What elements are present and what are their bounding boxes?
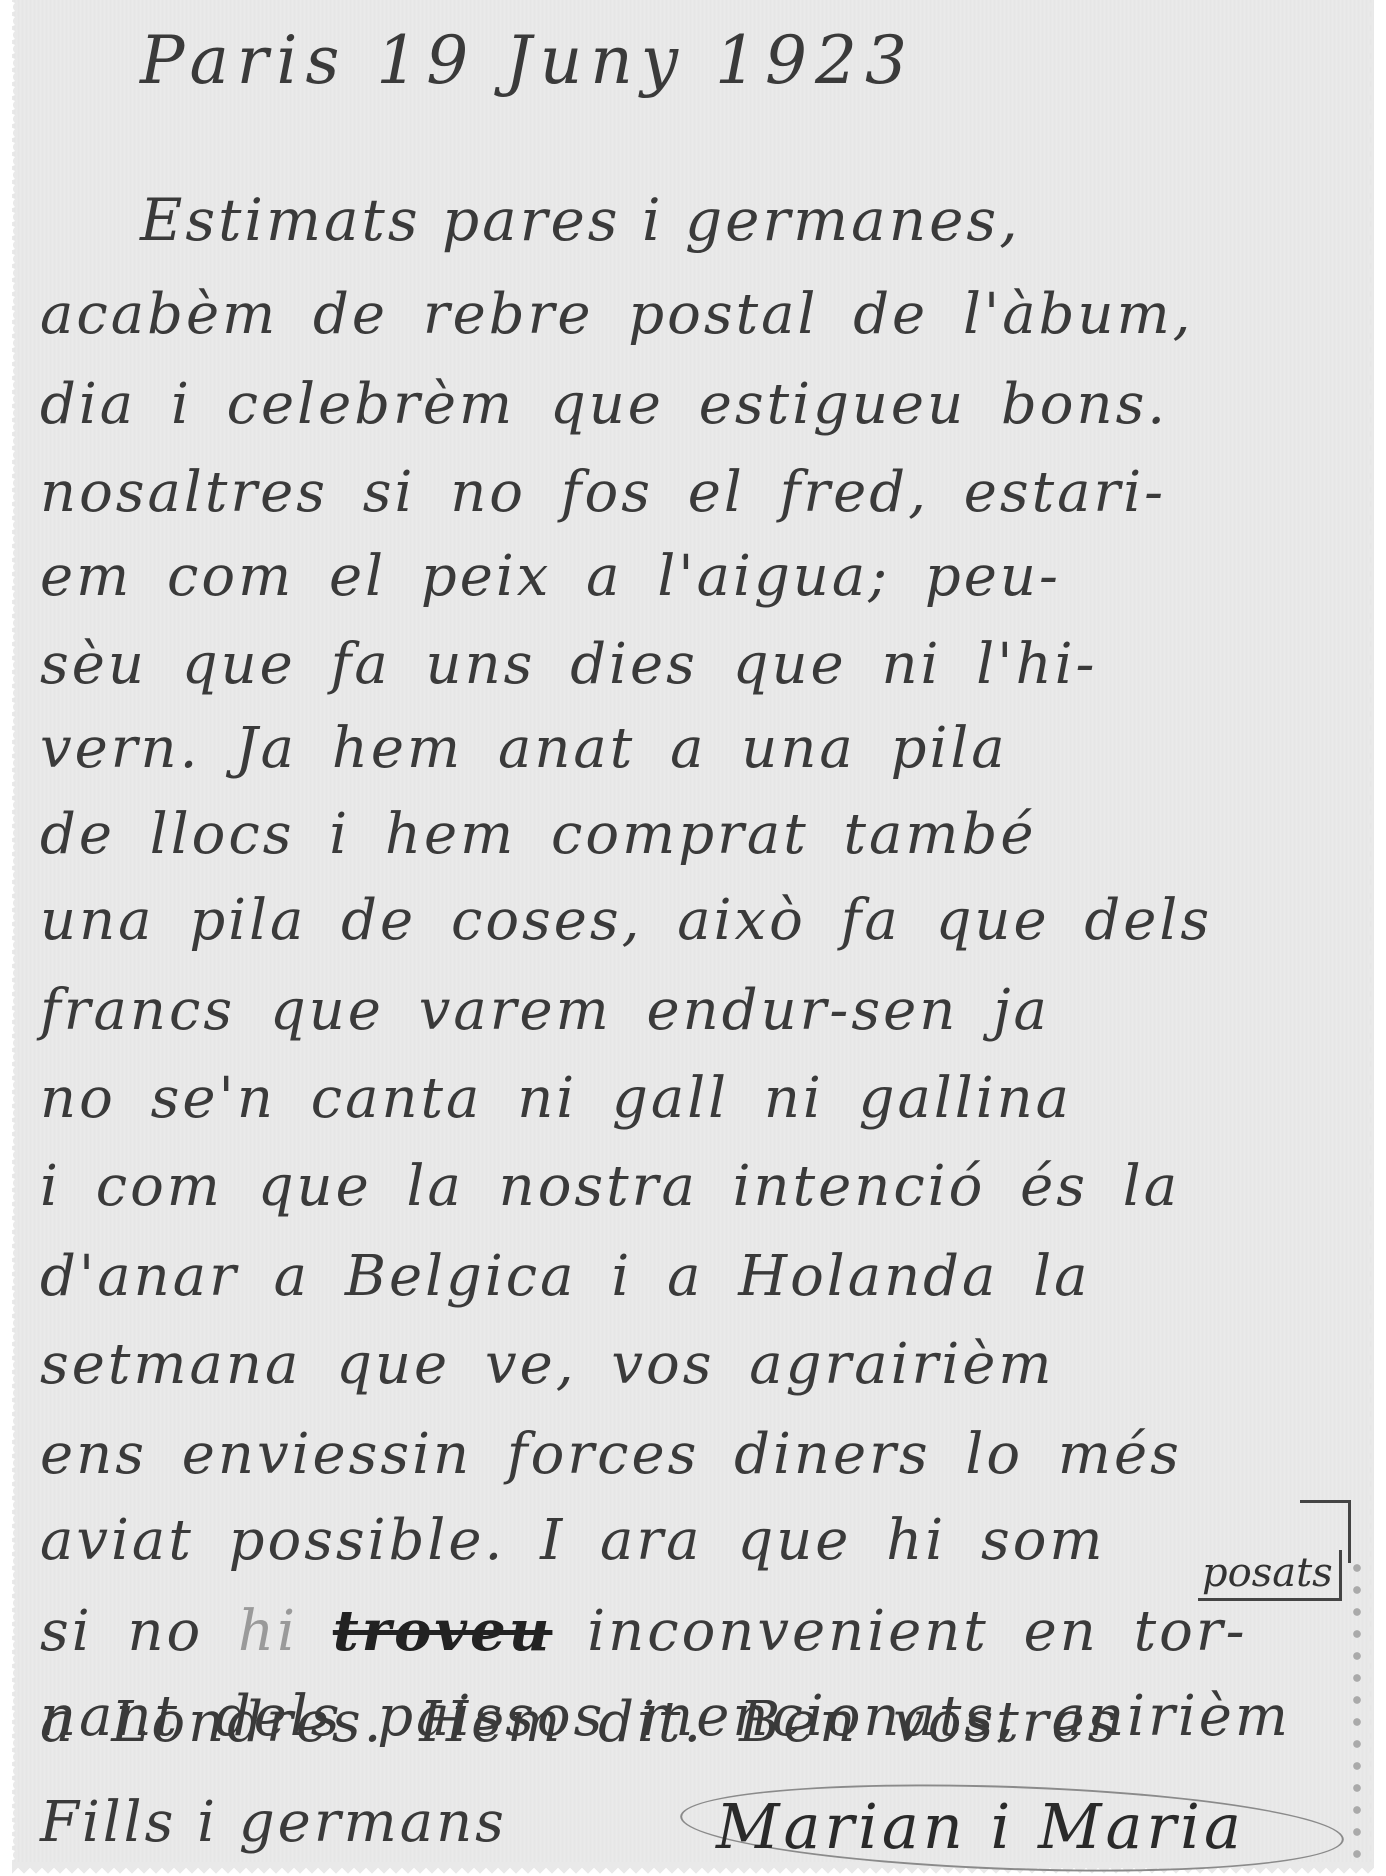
letter-line: nosaltres si no fos el fred, estari- [40,460,1166,525]
struck-word: troveu [333,1598,553,1664]
letter-line: setmana que ve, vos agrairièm [40,1332,1054,1397]
letter-line-with-correction: si no hi troveu inconvenient en tor- [40,1598,1248,1664]
letter-line: francs que varem endur-sen ja [40,978,1050,1043]
signature-block: Marian i Maria [680,1786,1356,1872]
deckle-edge-right [1368,0,1380,1862]
deckle-edge-left [6,0,18,1862]
letter-line: i com que la nostra intenció és la [40,1154,1180,1219]
letter-line: sèu que fa uns dies que ni l'hi- [40,632,1097,697]
letter-salutation: Estimats pares i germanes, [140,186,1021,254]
letter-closing: Fills i germans [40,1790,507,1855]
letter-line: d'anar a Belgica i a Holanda la [40,1244,1091,1309]
line-text-after: inconvenient en tor- [552,1599,1247,1664]
letter-line: aviat possible. I ara que hi som [40,1508,1106,1573]
letter-line: acabèm de rebre postal de l'àbum, [40,282,1193,347]
letter-place-date: Paris 19 Juny 1923 [140,22,915,99]
marginal-insertion: posats [1198,1550,1342,1601]
letter-line: de llocs i hem comprat també [40,802,1037,867]
letter-line: dia i celebrèm que estigueu bons. [40,372,1168,437]
signature: Marian i Maria [716,1790,1245,1863]
letter-line: una pila de coses, això fa que dels [40,888,1212,953]
faint-word: hi [238,1599,333,1664]
letter-line: em com el peix a l'aigua; peu- [40,544,1061,609]
letter-line: a Londres. Hem dit. Ben vostres [40,1690,1119,1755]
letter-line: ens enviessin forces diners lo més [40,1422,1182,1487]
letter-line: vern. Ja hem anat a una pila [40,716,1008,781]
letter-line: no se'n canta ni gall ni gallina [40,1066,1072,1131]
line-text-before: si no [40,1599,238,1664]
